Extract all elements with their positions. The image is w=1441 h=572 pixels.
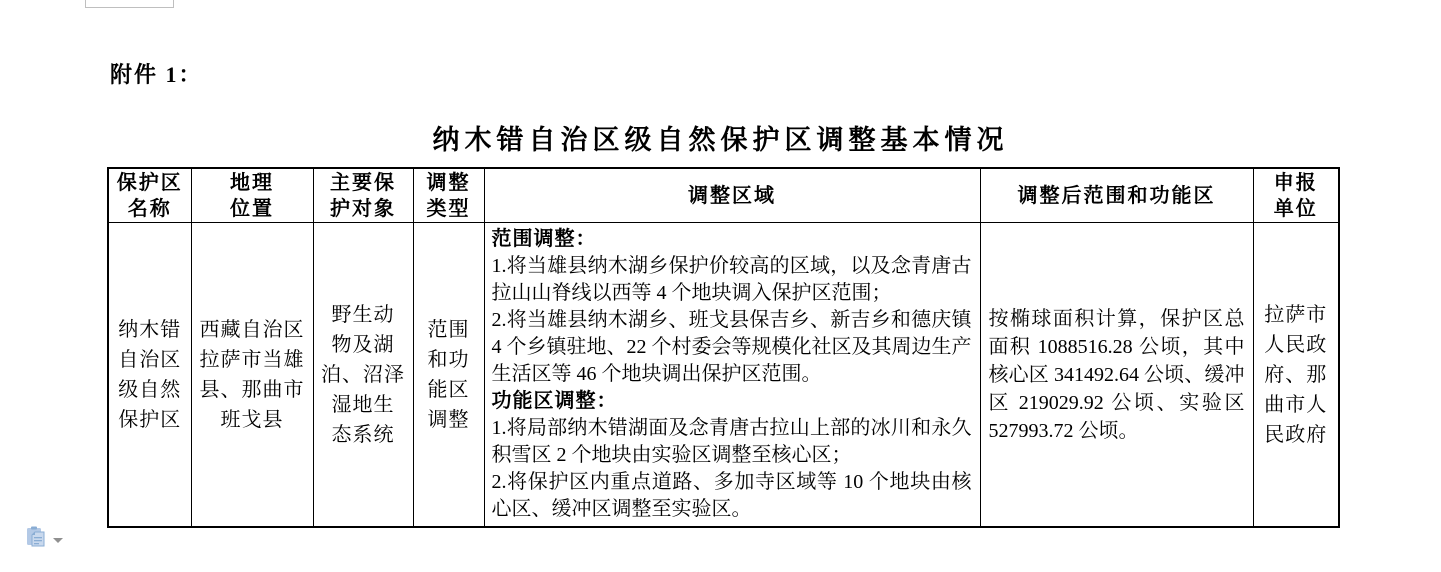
attachment-label: 附件 1： <box>110 58 203 89</box>
col-header-protection-target: 主要保 护对象 <box>313 168 413 223</box>
document-title: 纳木错自治区级自然保护区调整基本情况 <box>0 118 1441 157</box>
function-zone-adjustment-heading: 功能区调整： <box>492 388 972 415</box>
chevron-down-icon <box>53 538 63 543</box>
adjustment-table: 保护区 名称 地理 位置 主要保 护对象 调整 类型 调整区域 调整后范围和功能… <box>107 167 1340 528</box>
col-header-reporting-unit: 申报 单位 <box>1253 168 1339 223</box>
col-header-adjustment-type: 调整 类型 <box>413 168 484 223</box>
scope-adjustment-item-2: 2.将当雄县纳木湖乡、班戈县保吉乡、新吉乡和德庆镇 4 个乡镇驻地、22 个村委… <box>492 307 972 388</box>
col-header-location: 地理 位置 <box>191 168 313 223</box>
paste-options-icon <box>26 526 46 553</box>
cell-protection-target: 野生动 物及湖 泊、沼泽 湿地生 态系统 <box>313 223 413 528</box>
cell-reserve-name: 纳木错 自治区 级自然 保护区 <box>108 223 191 528</box>
function-zone-adjustment-item-2: 2.将保护区内重点道路、多加寺区域等 10 个地块由核心区、缓冲区调整至实验区。 <box>492 469 972 523</box>
col-header-adjusted-scope: 调整后范围和功能区 <box>980 168 1253 223</box>
scope-adjustment-item-1: 1.将当雄县纳木湖乡保护价较高的区域，以及念青唐古拉山山脊线以西等 4 个地块调… <box>492 253 972 307</box>
table-header-row: 保护区 名称 地理 位置 主要保 护对象 调整 类型 调整区域 调整后范围和功能… <box>108 168 1339 223</box>
col-header-adjustment-area: 调整区域 <box>484 168 980 223</box>
cell-adjustment-area: 范围调整： 1.将当雄县纳木湖乡保护价较高的区域，以及念青唐古拉山山脊线以西等 … <box>484 223 980 528</box>
cell-location: 西藏自治区 拉萨市当雄 县、那曲市 班戈县 <box>191 223 313 528</box>
paste-options-button[interactable] <box>26 526 68 552</box>
cell-adjustment-type: 范围 和功 能区 调整 <box>413 223 484 528</box>
scope-adjustment-heading: 范围调整： <box>492 226 972 253</box>
cell-reporting-unit: 拉萨市 人民政 府、那 曲市人 民政府 <box>1253 223 1339 528</box>
table-row: 纳木错 自治区 级自然 保护区 西藏自治区 拉萨市当雄 县、那曲市 班戈县 野生… <box>108 223 1339 528</box>
function-zone-adjustment-item-1: 1.将局部纳木错湖面及念青唐古拉山上部的冰川和永久积雪区 2 个地块由实验区调整… <box>492 415 972 469</box>
col-header-reserve-name: 保护区 名称 <box>108 168 191 223</box>
cut-off-element-outline <box>85 0 174 8</box>
cell-adjusted-scope: 按椭球面积计算，保护区总面积 1088516.28 公顷，其中核心区 34149… <box>980 223 1253 528</box>
document-page: 附件 1： 纳木错自治区级自然保护区调整基本情况 保护区 名称 地理 位置 主要… <box>0 0 1441 572</box>
